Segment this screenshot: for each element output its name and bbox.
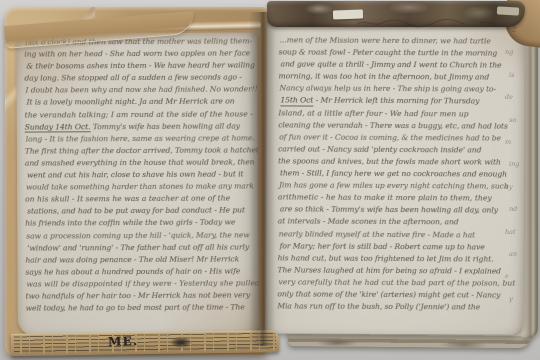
- right-page: ...men of the Mission were here to dinne…: [265, 20, 525, 334]
- handwritten-line: well today, he had to go to bed most par…: [26, 302, 258, 315]
- edge-text-fragment: ing: [509, 160, 537, 182]
- handwritten-line: Mia has run off to the bush, so Polly ('…: [277, 301, 519, 314]
- newsprint-texture: [14, 332, 276, 354]
- edge-text-fragment: e: [505, 272, 537, 294]
- edge-text-fragment: m: [505, 138, 537, 160]
- faint-handwriting-smudge: [356, 16, 496, 30]
- diary-photograph: (six o'clock) and then saw that the moth…: [0, 0, 540, 360]
- left-page-text: (six o'clock) and then saw that the moth…: [24, 36, 257, 315]
- edge-text-fragment: y: [509, 295, 537, 317]
- newspaper-cover-strip: ME.: [11, 330, 279, 356]
- edge-text-fragment: is: [509, 71, 537, 93]
- edge-text-fragment: nd: [509, 205, 537, 227]
- edge-text-fragment: ng: [505, 48, 537, 70]
- edge-text-fragment: de: [505, 93, 537, 115]
- edge-text-fragment: ey: [505, 183, 537, 205]
- date-heading: 15th Oct: [280, 96, 313, 107]
- torn-paper-patch: [497, 6, 519, 15]
- edge-text-fragment: an: [509, 250, 537, 272]
- fore-edge-text-fragments: dngisdesomingeyndhataney: [505, 26, 537, 317]
- left-page: (six o'clock) and then saw that the moth…: [16, 32, 259, 334]
- newsprint-headline: ME.: [108, 334, 139, 349]
- edge-text-fragment: so: [509, 116, 537, 138]
- right-page-text: ...men of the Mission were here to dinne…: [277, 35, 520, 314]
- page-number: 2: [512, 26, 516, 34]
- edge-text-fragment: hat: [505, 228, 537, 250]
- date-heading: Sunday 14th Oct.: [25, 122, 91, 133]
